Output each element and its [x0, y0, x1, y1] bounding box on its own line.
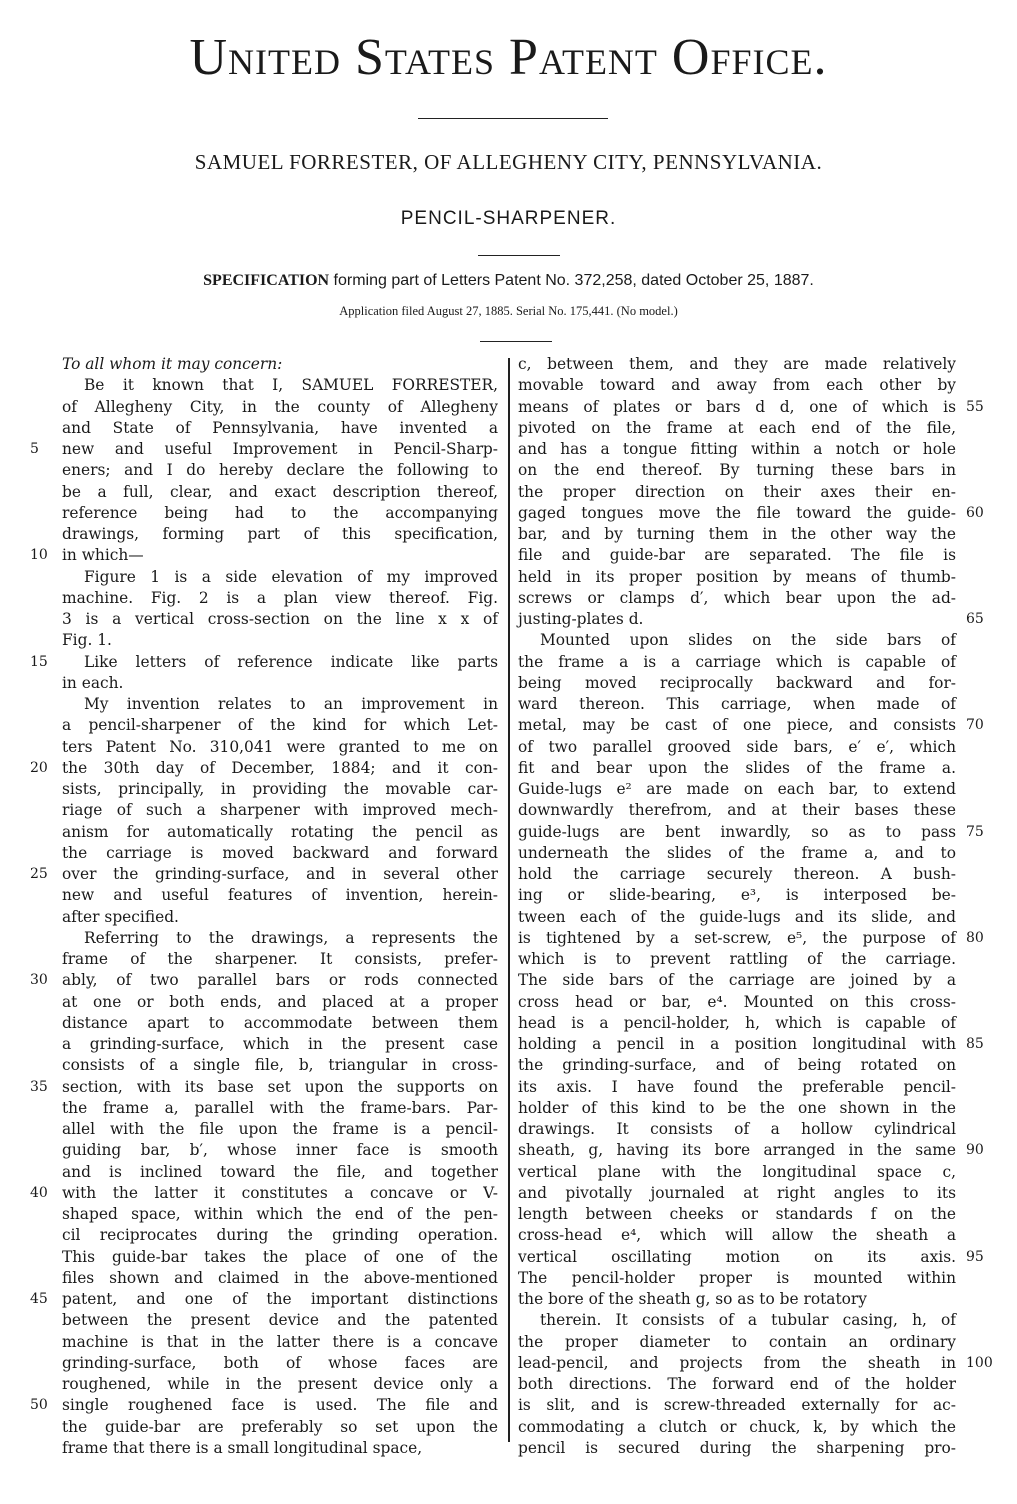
text-line: The side bars of the carriage are joined… — [518, 970, 956, 991]
line-text: commodating a clutch or chuck, k, by whi… — [518, 1418, 956, 1436]
text-line: c, between them, and they are made relat… — [518, 354, 956, 375]
line-text: is slit, and is screw-threaded externall… — [518, 1396, 956, 1414]
line-text: being moved reciprocally backward and fo… — [518, 674, 956, 692]
line-text: drawings. It consists of a hollow cylind… — [518, 1120, 956, 1138]
line-text: grinding-surface, both of whose faces ar… — [62, 1354, 498, 1372]
text-line: patent, and one of the important distinc… — [62, 1289, 498, 1310]
line-number: 80 — [966, 928, 1000, 949]
text-line: consists of a single file, b, triangular… — [62, 1055, 498, 1076]
text-line: Like letters of reference indicate like … — [62, 652, 498, 673]
line-text: which is to prevent rattling of the carr… — [518, 950, 956, 968]
text-line: the grinding-surface, and of being rotat… — [518, 1055, 956, 1076]
line-text: underneath the slides of the frame a, an… — [518, 844, 956, 862]
text-line: its axis. I have found the preferable pe… — [518, 1077, 956, 1098]
text-line: ably, of two parallel bars or rods conne… — [62, 970, 498, 991]
line-text: anism for automatically rotating the pen… — [62, 823, 498, 841]
line-text: and is inclined toward the file, and tog… — [62, 1163, 498, 1181]
line-number: 35 — [30, 1077, 52, 1098]
line-text: tween each of the guide-lugs and its sli… — [518, 908, 956, 926]
line-text: sheath, g, having its bore arranged in t… — [518, 1141, 956, 1159]
text-line: holder of this kind to be the one shown … — [518, 1098, 956, 1119]
line-text: distance apart to accommodate between th… — [62, 1014, 498, 1032]
line-text: roughened, while in the present device o… — [62, 1375, 498, 1393]
text-line: drawings, forming part of this specifica… — [62, 524, 498, 545]
text-line: frame that there is a small longitudinal… — [62, 1438, 498, 1459]
line-number: 95 — [966, 1247, 1000, 1268]
title-divider — [418, 118, 608, 119]
text-line: lead-pencil, and projects from the sheat… — [518, 1353, 956, 1374]
text-line: reference being had to the accompanying — [62, 503, 498, 524]
line-text: length between cheeks or standards f on … — [518, 1205, 956, 1223]
line-text: Fig. 1. — [62, 631, 112, 649]
line-text: the 30th day of December, 1884; and it c… — [62, 759, 498, 777]
line-number: 40 — [30, 1183, 52, 1204]
text-line: cross-head e⁴, which will allow the shea… — [518, 1225, 956, 1246]
line-number: 15 — [30, 652, 52, 673]
line-text: its axis. I have found the preferable pe… — [518, 1078, 956, 1096]
invention-divider — [478, 255, 560, 256]
column-divider — [508, 358, 510, 1442]
line-text: the guide-bar are preferably so set upon… — [62, 1418, 498, 1436]
line-text: lead-pencil, and projects from the sheat… — [518, 1354, 956, 1372]
text-line: in which—10 — [62, 545, 498, 566]
text-line: screws or clamps d′, which bear upon the… — [518, 588, 956, 609]
line-text: The pencil-holder proper is mounted with… — [518, 1269, 956, 1287]
line-text: ably, of two parallel bars or rods conne… — [62, 971, 498, 989]
line-number: 55 — [966, 397, 1000, 418]
line-text: the frame a is a carriage which is capab… — [518, 653, 956, 671]
line-text: frame of the sharpener. It consists, pre… — [62, 950, 498, 968]
text-line: grinding-surface, both of whose faces ar… — [62, 1353, 498, 1374]
text-line: tween each of the guide-lugs and its sli… — [518, 907, 956, 928]
line-text: hold the carriage securely thereon. A bu… — [518, 865, 956, 883]
line-text: file and guide-bar are separated. The fi… — [518, 546, 956, 564]
line-text: reference being had to the accompanying — [62, 504, 498, 522]
line-text: This guide-bar takes the place of one of… — [62, 1248, 498, 1266]
text-line: is tightened by a set-screw, e⁵, the pur… — [518, 928, 956, 949]
text-line: vertical plane with the longitudinal spa… — [518, 1162, 956, 1183]
text-line: eners; and I do hereby declare the follo… — [62, 460, 498, 481]
text-line: machine. Fig. 2 is a plan view thereof. … — [62, 588, 498, 609]
line-text: sists, principally, in providing the mov… — [62, 780, 498, 798]
text-line: of two parallel grooved side bars, e′ e′… — [518, 737, 956, 758]
line-number: 5 — [30, 439, 52, 460]
text-line: at one or both ends, and placed at a pro… — [62, 992, 498, 1013]
line-text: in each. — [62, 674, 123, 692]
text-line: and pivotally journaled at right angles … — [518, 1183, 956, 1204]
line-text: means of plates or bars d d, one of whic… — [518, 398, 956, 416]
text-line: frame of the sharpener. It consists, pre… — [62, 949, 498, 970]
text-line: the guide-bar are preferably so set upon… — [62, 1417, 498, 1438]
text-line: files shown and claimed in the above-men… — [62, 1268, 498, 1289]
text-line: file and guide-bar are separated. The fi… — [518, 545, 956, 566]
line-text: fit and bear upon the slides of the fram… — [518, 759, 956, 777]
text-line: justing-plates d.65 — [518, 609, 956, 630]
text-line: cil reciprocates during the grinding ope… — [62, 1225, 498, 1246]
text-line: new and useful features of invention, he… — [62, 885, 498, 906]
line-text: guiding bar, b′, whose inner face is smo… — [62, 1141, 498, 1159]
line-text: drawings, forming part of this specifica… — [62, 525, 498, 543]
text-line: the frame a is a carriage which is capab… — [518, 652, 956, 673]
line-text: at one or both ends, and placed at a pro… — [62, 993, 498, 1011]
line-text: bar, and by turning them in the other wa… — [518, 525, 956, 543]
text-line: gaged tongues move the file toward the g… — [518, 503, 956, 524]
line-text: allel with the file upon the frame is a … — [62, 1120, 498, 1138]
line-text: c, between them, and they are made relat… — [518, 355, 956, 373]
line-text: new and useful features of invention, he… — [62, 886, 498, 904]
text-line: Guide-lugs e² are made on each bar, to e… — [518, 779, 956, 800]
line-text: vertical plane with the longitudinal spa… — [518, 1163, 956, 1181]
text-line: This guide-bar takes the place of one of… — [62, 1247, 498, 1268]
line-text: cross head or bar, e⁴. Mounted on this c… — [518, 993, 956, 1011]
line-text: therein. It consists of a tubular casing… — [540, 1311, 956, 1329]
line-text: new and useful Improvement in Pencil-Sha… — [62, 440, 498, 458]
text-line: after specified. — [62, 907, 498, 928]
line-text: the bore of the sheath g, so as to be ro… — [518, 1290, 867, 1308]
text-line: new and useful Improvement in Pencil-Sha… — [62, 439, 498, 460]
text-line: sists, principally, in providing the mov… — [62, 779, 498, 800]
line-number: 90 — [966, 1140, 1000, 1161]
text-line: and has a tongue fitting within a notch … — [518, 439, 956, 460]
line-number: 45 — [30, 1289, 52, 1310]
line-text: held in its proper position by means of … — [518, 568, 956, 586]
text-line: Fig. 1. — [62, 630, 498, 651]
text-line: single roughened face is used. The file … — [62, 1395, 498, 1416]
line-text: 3 is a vertical cross-section on the lin… — [62, 610, 498, 628]
text-line: pivoted on the frame at each end of the … — [518, 418, 956, 439]
text-line: allel with the file upon the frame is a … — [62, 1119, 498, 1140]
line-text: Be it known that I, SAMUEL FORRESTER, — [84, 376, 498, 394]
right-column: c, between them, and they are made relat… — [518, 354, 956, 1459]
text-line: is slit, and is screw-threaded externall… — [518, 1395, 956, 1416]
line-text: cil reciprocates during the grinding ope… — [62, 1226, 498, 1244]
line-text: movable toward and away from each other … — [518, 376, 956, 394]
line-number: 25 — [30, 864, 52, 885]
line-text: between the present device and the paten… — [62, 1311, 498, 1329]
text-line: the frame a, parallel with the frame-bar… — [62, 1098, 498, 1119]
text-line: on the end thereof. By turning these bar… — [518, 460, 956, 481]
line-number: 10 — [30, 545, 52, 566]
line-number: 60 — [966, 503, 1000, 524]
text-line: Figure 1 is a side elevation of my impro… — [62, 567, 498, 588]
text-line: pencil is secured during the sharpening … — [518, 1438, 956, 1459]
line-text: eners; and I do hereby declare the follo… — [62, 461, 498, 479]
application-line: Application filed August 27, 1885. Seria… — [0, 304, 1017, 319]
inventor-line: SAMUEL FORRESTER, OF ALLEGHENY CITY, PEN… — [0, 150, 1017, 175]
text-line: with the latter it constitutes a concave… — [62, 1183, 498, 1204]
line-text: the proper direction on their axes their… — [518, 483, 956, 501]
text-line: commodating a clutch or chuck, k, by whi… — [518, 1417, 956, 1438]
line-text: with the latter it constitutes a concave… — [62, 1184, 498, 1202]
application-divider — [480, 341, 552, 342]
line-text: both directions. The forward end of the … — [518, 1375, 956, 1393]
text-line: the carriage is moved backward and forwa… — [62, 843, 498, 864]
line-text: cross-head e⁴, which will allow the shea… — [518, 1226, 956, 1244]
text-line: sheath, g, having its bore arranged in t… — [518, 1140, 956, 1161]
line-text: of two parallel grooved side bars, e′ e′… — [518, 738, 956, 756]
line-text: files shown and claimed in the above-men… — [62, 1269, 498, 1287]
text-line: held in its proper position by means of … — [518, 567, 956, 588]
text-line: anism for automatically rotating the pen… — [62, 822, 498, 843]
line-text: patent, and one of the important distinc… — [62, 1290, 498, 1308]
text-line: being moved reciprocally backward and fo… — [518, 673, 956, 694]
text-line: My invention relates to an improvement i… — [62, 694, 498, 715]
text-line: ters Patent No. 310,041 were granted to … — [62, 737, 498, 758]
line-text: head is a pencil-holder, h, which is cap… — [518, 1014, 956, 1032]
line-text: machine is that in the latter there is a… — [62, 1333, 498, 1351]
line-text: Referring to the drawings, a represents … — [84, 929, 498, 947]
text-line: between the present device and the paten… — [62, 1310, 498, 1331]
line-text: be a full, clear, and exact description … — [62, 483, 498, 501]
text-line: drawings. It consists of a hollow cylind… — [518, 1119, 956, 1140]
line-number: 70 — [966, 715, 1000, 736]
line-text: pivoted on the frame at each end of the … — [518, 419, 956, 437]
text-line: Referring to the drawings, a represents … — [62, 928, 498, 949]
text-line: the proper diameter to contain an ordina… — [518, 1332, 956, 1353]
line-text: and pivotally journaled at right angles … — [518, 1184, 956, 1202]
line-text: Guide-lugs e² are made on each bar, to e… — [518, 780, 956, 798]
line-text: gaged tongues move the file toward the g… — [518, 504, 956, 522]
text-line: and is inclined toward the file, and tog… — [62, 1162, 498, 1183]
line-text: in which— — [62, 546, 144, 564]
text-line: roughened, while in the present device o… — [62, 1374, 498, 1395]
line-text: shaped space, within which the end of th… — [62, 1205, 498, 1223]
line-number: 85 — [966, 1034, 1000, 1055]
specification-label: SPECIFICATION — [203, 272, 329, 289]
line-text: a grinding-surface, which in the present… — [62, 1035, 498, 1053]
line-text: The side bars of the carriage are joined… — [518, 971, 956, 989]
line-text: guide-lugs are bent inwardly, so as to p… — [518, 823, 956, 841]
line-text: My invention relates to an improvement i… — [84, 695, 498, 713]
text-line: machine is that in the latter there is a… — [62, 1332, 498, 1353]
text-line: riage of such a sharpener with improved … — [62, 800, 498, 821]
text-line: Mounted upon slides on the side bars of — [518, 630, 956, 651]
text-line: means of plates or bars d d, one of whic… — [518, 397, 956, 418]
text-line: vertical oscillating motion on its axis.… — [518, 1247, 956, 1268]
line-number: 65 — [966, 609, 1000, 630]
text-line: To all whom it may concern: — [62, 354, 498, 375]
line-text: Like letters of reference indicate like … — [84, 653, 498, 671]
line-number: 75 — [966, 822, 1000, 843]
line-text: of Allegheny City, in the county of Alle… — [62, 398, 498, 416]
line-text: holding a pencil in a position longitudi… — [518, 1035, 956, 1053]
specification-details: forming part of Letters Patent No. 372,2… — [334, 272, 814, 289]
text-line: guide-lugs are bent inwardly, so as to p… — [518, 822, 956, 843]
text-line: the proper direction on their axes their… — [518, 482, 956, 503]
line-text: Mounted upon slides on the side bars of — [540, 631, 956, 649]
line-text: holder of this kind to be the one shown … — [518, 1099, 956, 1117]
line-text: pencil is secured during the sharpening … — [518, 1439, 956, 1457]
office-title: United States Patent Office. — [0, 28, 1017, 87]
text-line: Be it known that I, SAMUEL FORRESTER, — [62, 375, 498, 396]
text-line: holding a pencil in a position longitudi… — [518, 1034, 956, 1055]
line-text: a pencil-sharpener of the kind for which… — [62, 716, 498, 734]
line-number: 50 — [30, 1395, 52, 1416]
line-text: is tightened by a set-screw, e⁵, the pur… — [518, 929, 956, 947]
line-text: To all whom it may concern: — [62, 355, 282, 373]
invention-title: PENCIL-SHARPENER. — [0, 208, 1017, 230]
line-text: ing or slide-bearing, e³, is interposed … — [518, 886, 956, 904]
text-line: ing or slide-bearing, e³, is interposed … — [518, 885, 956, 906]
line-text: downwardly therefrom, and at their bases… — [518, 801, 956, 819]
text-line: of Allegheny City, in the county of Alle… — [62, 397, 498, 418]
line-text: and State of Pennsylvania, have invented… — [62, 419, 498, 437]
line-number: 30 — [30, 970, 52, 991]
line-text: consists of a single file, b, triangular… — [62, 1056, 498, 1074]
line-text: the grinding-surface, and of being rotat… — [518, 1056, 956, 1074]
line-text: over the grinding-surface, and in severa… — [62, 865, 498, 883]
text-line: which is to prevent rattling of the carr… — [518, 949, 956, 970]
line-text: ters Patent No. 310,041 were granted to … — [62, 738, 498, 756]
text-line: in each. — [62, 673, 498, 694]
text-line: cross head or bar, e⁴. Mounted on this c… — [518, 992, 956, 1013]
text-line: 3 is a vertical cross-section on the lin… — [62, 609, 498, 630]
text-line: length between cheeks or standards f on … — [518, 1204, 956, 1225]
text-line: movable toward and away from each other … — [518, 375, 956, 396]
text-line: a pencil-sharpener of the kind for which… — [62, 715, 498, 736]
text-line: the bore of the sheath g, so as to be ro… — [518, 1289, 956, 1310]
line-text: the carriage is moved backward and forwa… — [62, 844, 498, 862]
text-line: the 30th day of December, 1884; and it c… — [62, 758, 498, 779]
line-text: screws or clamps d′, which bear upon the… — [518, 589, 956, 607]
line-text: Figure 1 is a side elevation of my impro… — [84, 568, 498, 586]
text-line: distance apart to accommodate between th… — [62, 1013, 498, 1034]
text-line: hold the carriage securely thereon. A bu… — [518, 864, 956, 885]
text-line: a grinding-surface, which in the present… — [62, 1034, 498, 1055]
text-line: and State of Pennsylvania, have invented… — [62, 418, 498, 439]
text-line: downwardly therefrom, and at their bases… — [518, 800, 956, 821]
line-text: ward thereon. This carriage, when made o… — [518, 695, 956, 713]
text-line: both directions. The forward end of the … — [518, 1374, 956, 1395]
text-line: over the grinding-surface, and in severa… — [62, 864, 498, 885]
text-line: be a full, clear, and exact description … — [62, 482, 498, 503]
text-line: ward thereon. This carriage, when made o… — [518, 694, 956, 715]
line-text: the proper diameter to contain an ordina… — [518, 1333, 956, 1351]
line-text: frame that there is a small longitudinal… — [62, 1439, 422, 1457]
line-text: machine. Fig. 2 is a plan view thereof. … — [62, 589, 498, 607]
line-text: and has a tongue fitting within a notch … — [518, 440, 956, 458]
specification-line: SPECIFICATION forming part of Letters Pa… — [0, 272, 1017, 290]
line-text: single roughened face is used. The file … — [62, 1396, 498, 1414]
line-text: justing-plates d. — [518, 610, 643, 628]
text-line: bar, and by turning them in the other wa… — [518, 524, 956, 545]
left-column: To all whom it may concern:Be it known t… — [62, 354, 498, 1459]
text-line: therein. It consists of a tubular casing… — [518, 1310, 956, 1331]
line-text: riage of such a sharpener with improved … — [62, 801, 498, 819]
text-line: section, with its base set upon the supp… — [62, 1077, 498, 1098]
line-text: on the end thereof. By turning these bar… — [518, 461, 956, 479]
text-line: metal, may be cast of one piece, and con… — [518, 715, 956, 736]
line-text: the frame a, parallel with the frame-bar… — [62, 1099, 498, 1117]
text-line: head is a pencil-holder, h, which is cap… — [518, 1013, 956, 1034]
text-line: shaped space, within which the end of th… — [62, 1204, 498, 1225]
line-text: vertical oscillating motion on its axis. — [518, 1248, 956, 1266]
line-text: section, with its base set upon the supp… — [62, 1078, 498, 1096]
text-line: fit and bear upon the slides of the fram… — [518, 758, 956, 779]
line-number: 20 — [30, 758, 52, 779]
line-text: after specified. — [62, 908, 179, 926]
line-number: 100 — [966, 1353, 1000, 1374]
line-text: metal, may be cast of one piece, and con… — [518, 716, 956, 734]
text-line: guiding bar, b′, whose inner face is smo… — [62, 1140, 498, 1161]
text-line: underneath the slides of the frame a, an… — [518, 843, 956, 864]
text-line: The pencil-holder proper is mounted with… — [518, 1268, 956, 1289]
